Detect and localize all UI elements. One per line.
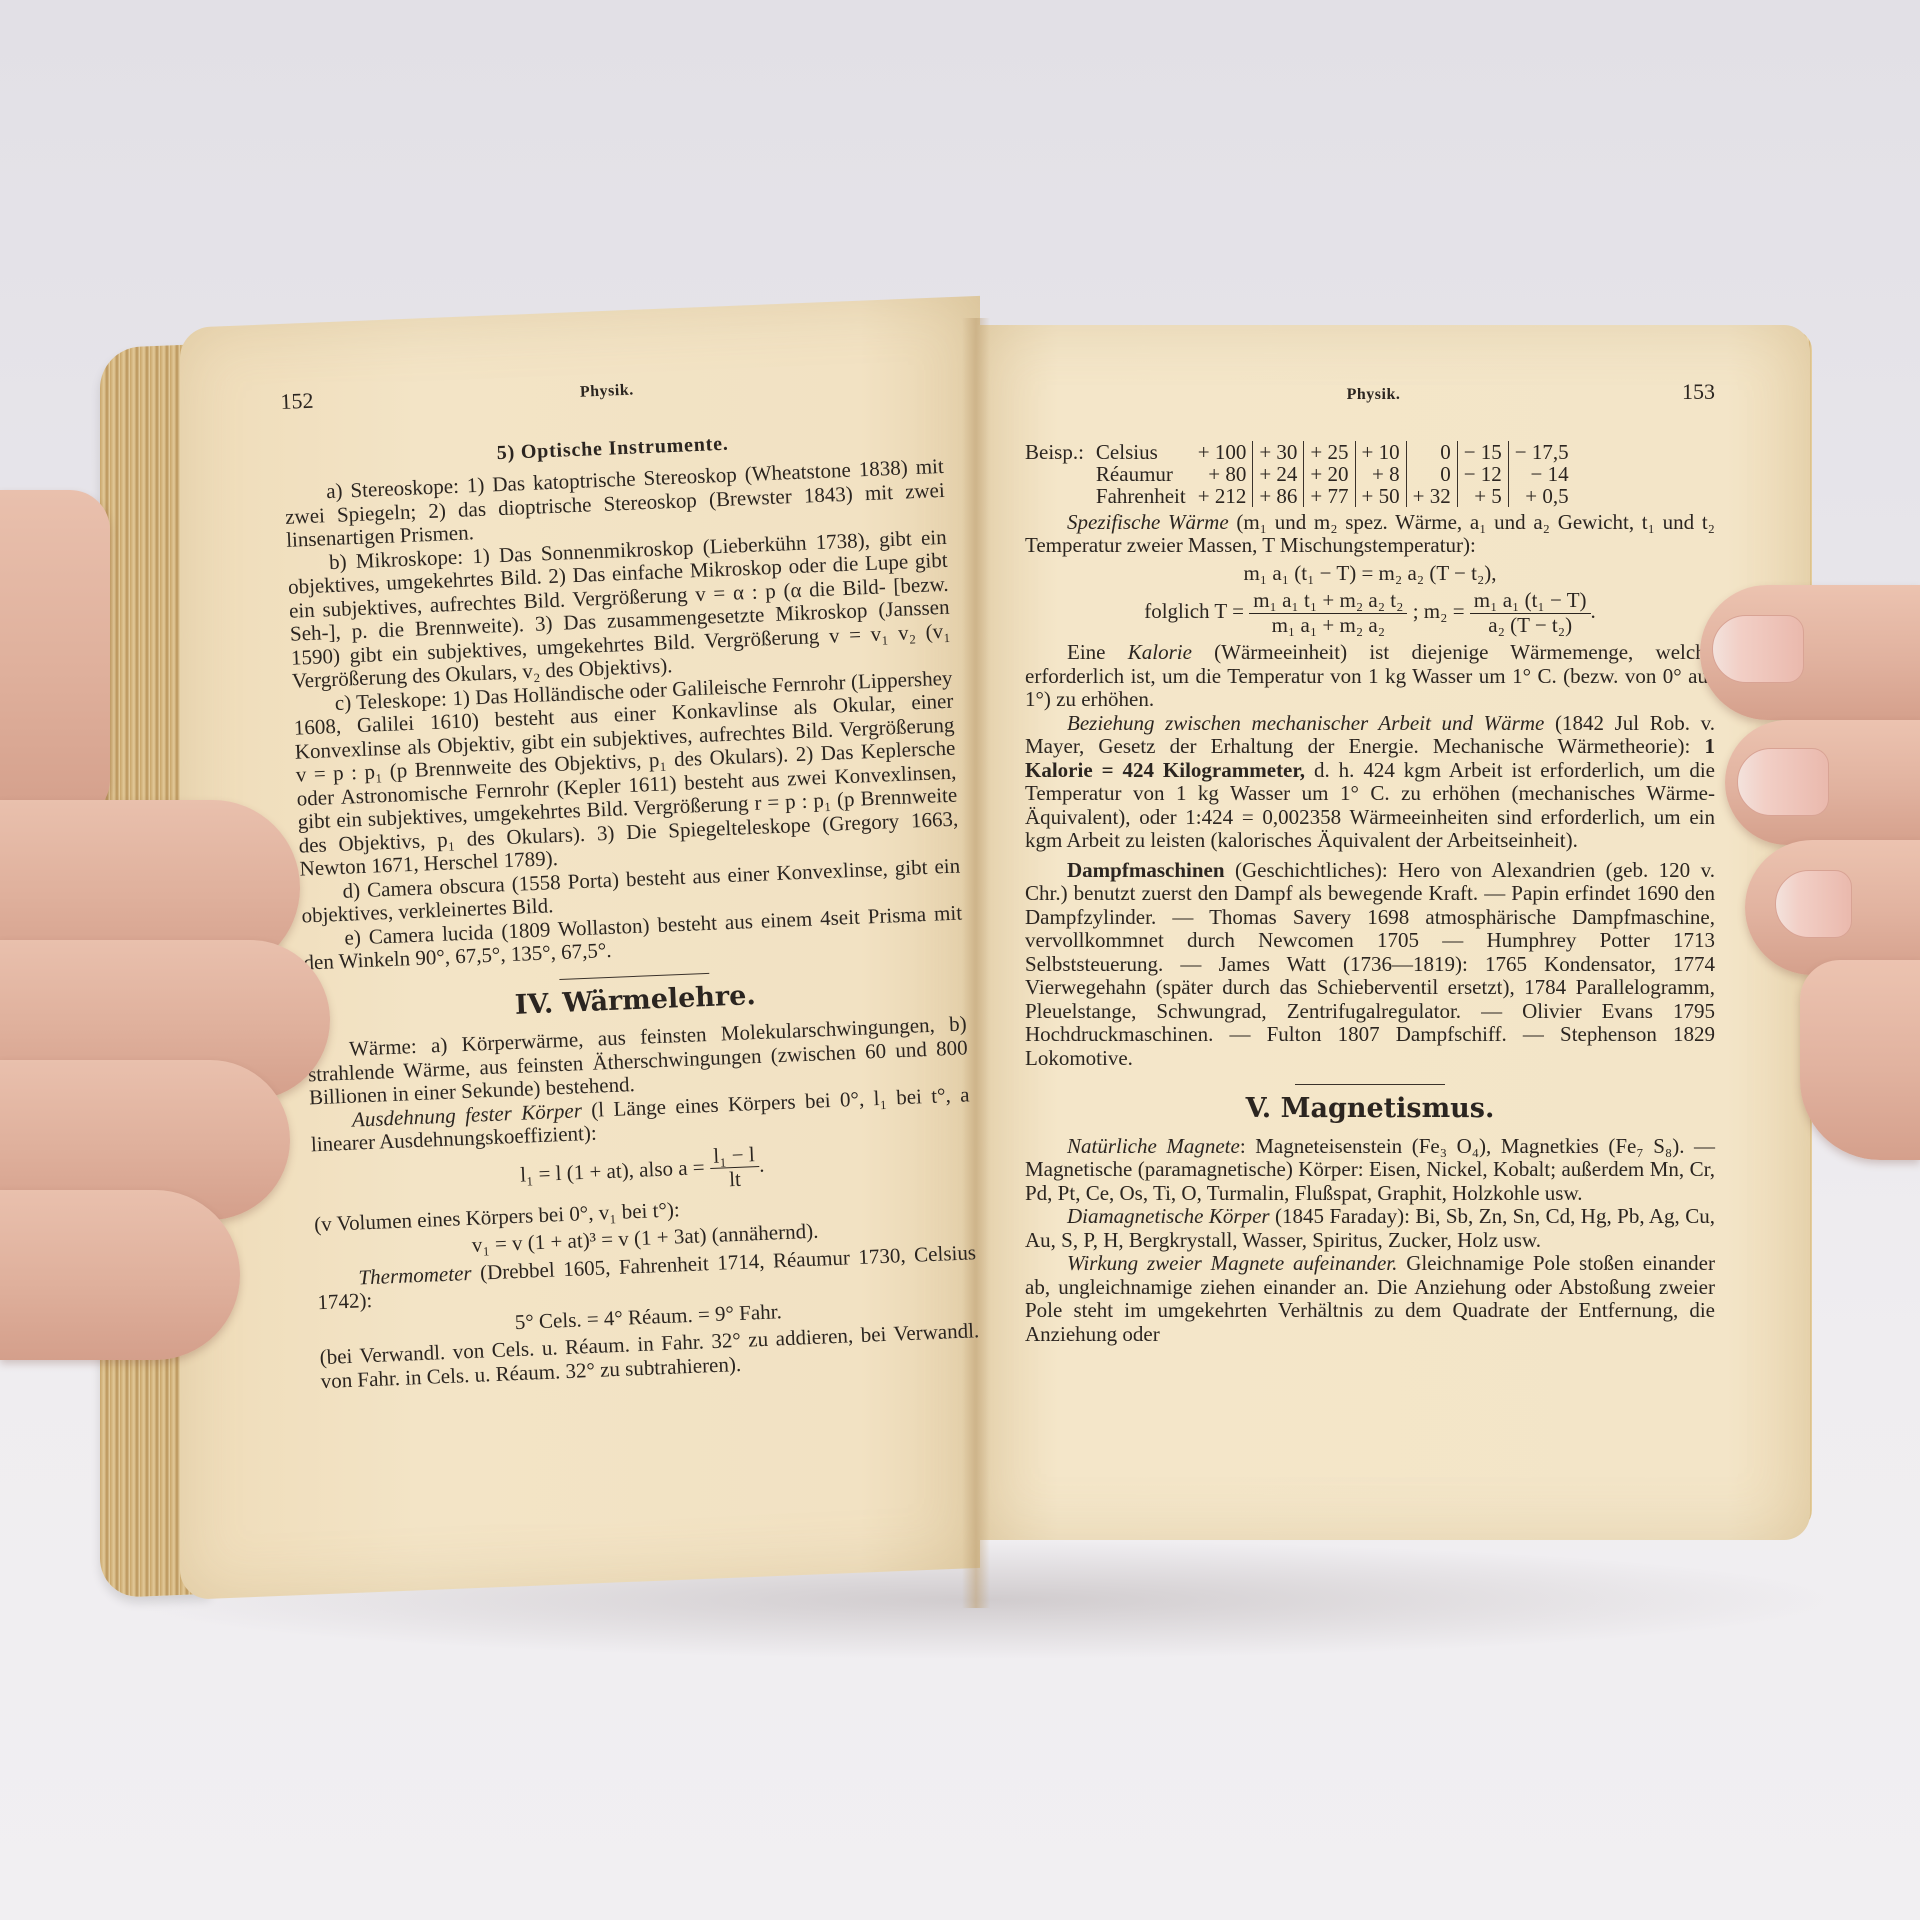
cell: + 212 [1192, 485, 1253, 507]
cell: + 30 [1253, 441, 1304, 463]
term-natuerliche-magnete: Natürliche Magnete [1067, 1134, 1240, 1158]
cell: + 25 [1304, 441, 1355, 463]
fraction: m₁ a₁ (t₁ − T)a₂ (T − t₂) [1470, 589, 1591, 637]
fraction: l₁ − llt [709, 1143, 760, 1193]
cell: + 77 [1304, 485, 1355, 507]
right-finger [1700, 585, 1920, 720]
paragraph-dampfmaschinen: Dampfmaschinen (Geschichtliches): Hero v… [1025, 859, 1715, 1071]
left-finger [0, 1190, 240, 1360]
formula-mixing-temperature: folglich T = m₁ a₁ t₁ + m₂ a₂ t₂m₁ a₁ + … [1025, 589, 1715, 637]
formula-text: ; m₂ = [1413, 599, 1465, 623]
running-head: Physik. [579, 379, 634, 405]
fingernail [1712, 615, 1804, 683]
term-wirkung: Wirkung zweier Magnete aufeinander. [1067, 1251, 1397, 1275]
fingernail [1775, 870, 1852, 938]
table-label-empty [1025, 485, 1090, 507]
cell: + 5 [1457, 485, 1508, 507]
term-thermometer: Thermometer [358, 1260, 472, 1289]
scale-name: Réaumur [1090, 463, 1192, 485]
left-page-text: 152 Physik. 5) Optische Instrumente. a) … [280, 363, 981, 1393]
table-row: Beisp.: Celsius + 100 + 30 + 25 + 10 0 −… [1025, 441, 1575, 463]
temperature-example-table: Beisp.: Celsius + 100 + 30 + 25 + 10 0 −… [1025, 441, 1575, 507]
cell: − 17,5 [1508, 441, 1574, 463]
cell: + 8 [1355, 463, 1406, 485]
page-number: 152 [280, 389, 314, 414]
cell: + 32 [1406, 485, 1457, 507]
scale-name: Celsius [1090, 441, 1192, 463]
right-finger [1725, 720, 1920, 845]
denominator: a₂ (T − t₂) [1470, 614, 1591, 638]
cell: − 12 [1457, 463, 1508, 485]
cell: + 80 [1192, 463, 1253, 485]
formula-text: folglich T = [1144, 599, 1244, 623]
numerator: m₁ a₁ (t₁ − T) [1470, 589, 1591, 614]
fingernail [1737, 748, 1829, 816]
table-label-empty [1025, 463, 1090, 485]
term-spezifische-waerme: Spezifische Wärme [1067, 510, 1229, 534]
cell: − 14 [1508, 463, 1574, 485]
table-row: Fahrenheit + 212 + 86 + 77 + 50 + 32 + 5… [1025, 485, 1575, 507]
paragraph-wirkung: Wirkung zweier Magnete aufeinander. Glei… [1025, 1252, 1715, 1346]
right-finger [1745, 840, 1920, 975]
formula-mixing: m₁ a₁ (t₁ − T) = m₂ a₂ (T − t₂), [1025, 562, 1715, 586]
paragraph-beziehung: Beziehung zwischen mechanischer Arbeit u… [1025, 712, 1715, 853]
cell: 0 [1406, 441, 1457, 463]
term-beziehung: Beziehung zwischen mechanischer Arbeit u… [1067, 711, 1544, 735]
cell: + 10 [1355, 441, 1406, 463]
cell: + 86 [1253, 485, 1304, 507]
page-number: 153 [1682, 380, 1715, 404]
term-kalorie: Kalorie [1128, 640, 1192, 664]
paragraph-spezifische-waerme: Spezifische Wärme (m₁ und m₂ spez. Wärme… [1025, 511, 1715, 558]
book-gutter [962, 318, 990, 1608]
right-page-text: Physik. 153 Beisp.: Celsius + 100 + 30 +… [1025, 380, 1715, 1346]
paragraph-natuerliche-magnete: Natürliche Magnete: Magneteisenstein (Fe… [1025, 1135, 1715, 1206]
section-divider [1295, 1084, 1445, 1085]
numerator: l₁ − l [709, 1143, 759, 1170]
right-hand-palm [1800, 960, 1920, 1160]
paragraph-diamagnetische-koerper: Diamagnetische Körper (1845 Faraday): Bi… [1025, 1205, 1715, 1252]
paragraph-teleskope: c) Teleskope: 1) Das Holländische oder G… [292, 666, 959, 881]
right-page-header: Physik. 153 [1025, 380, 1715, 407]
section-divider [559, 972, 709, 979]
scale-name: Fahrenheit [1090, 485, 1192, 507]
paragraph-mikroskope: b) Mikroskope: 1) Das Sonnenmikroskop (L… [287, 525, 952, 693]
cell: + 0,5 [1508, 485, 1574, 507]
fraction: m₁ a₁ t₁ + m₂ a₂ t₂m₁ a₁ + m₂ a₂ [1249, 589, 1407, 637]
cell: + 100 [1192, 441, 1253, 463]
term-dampfmaschinen: Dampfmaschinen [1067, 858, 1225, 882]
cell: + 24 [1253, 463, 1304, 485]
cell: + 50 [1355, 485, 1406, 507]
numerator: m₁ a₁ t₁ + m₂ a₂ t₂ [1249, 589, 1407, 614]
left-hand-palm [0, 490, 110, 820]
text: (Geschichtliches): Hero von Alexandrien … [1025, 858, 1715, 1070]
cell: 0 [1406, 463, 1457, 485]
running-head: Physik. [1347, 383, 1401, 407]
paragraph-kalorie: Eine Kalorie (Wärmeeinheit) ist diejenig… [1025, 641, 1715, 712]
denominator: lt [710, 1167, 760, 1193]
text: Eine [1067, 640, 1128, 664]
term-diamagnetische-koerper: Diamagnetische Körper [1067, 1204, 1270, 1228]
formula-text: l₁ = l (1 + at), also a = [520, 1155, 705, 1187]
cell: − 15 [1457, 441, 1508, 463]
table-label: Beisp.: [1025, 441, 1090, 463]
table-row: Réaumur + 80 + 24 + 20 + 8 0 − 12 − 14 [1025, 463, 1575, 485]
denominator: m₁ a₁ + m₂ a₂ [1249, 614, 1407, 638]
chapter-title: V. Magnetismus. [1025, 1097, 1715, 1121]
cell: + 20 [1304, 463, 1355, 485]
